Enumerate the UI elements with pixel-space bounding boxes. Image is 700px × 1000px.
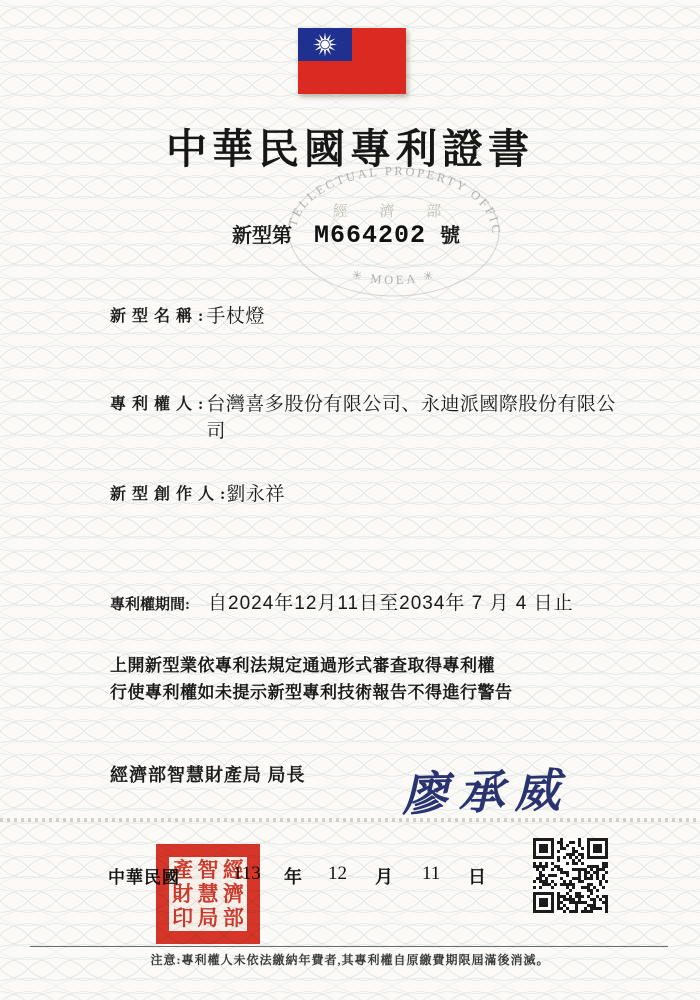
- field-model-name: 新 型 名 稱 : 手杖燈: [110, 303, 265, 330]
- certificate-number-row: 新型第 M664202 號: [232, 219, 460, 250]
- field-value: 台灣喜多股份有限公司、永迪派國際股份有限公司: [206, 391, 634, 445]
- date-day: 11: [422, 863, 440, 885]
- seal-char: 財: [170, 882, 195, 906]
- seal-char: 經: [221, 858, 246, 882]
- field-value: 手杖燈: [206, 303, 265, 330]
- seal-char: 局: [195, 906, 220, 930]
- director-general-signature: 廖承威: [401, 754, 583, 825]
- date-month: 12: [328, 863, 347, 885]
- field-label: 專利權期間:: [110, 590, 190, 614]
- watermark-inner-text: 經 濟 部: [333, 202, 456, 220]
- svg-text:✳ MOEA ✳: ✳ MOEA ✳: [350, 267, 438, 287]
- field-patentee: 專 利 權 人 : 台灣喜多股份有限公司、永迪派國際股份有限公司: [110, 391, 634, 445]
- cert-number-suffix: 號: [440, 219, 460, 248]
- agency-red-seal: 經 智 產 濟 慧 財 部 局 印: [156, 844, 260, 944]
- field-value: 自2024年12月11日至2034年 7 月 4 日止: [208, 590, 574, 617]
- seal-char: 部: [221, 906, 246, 930]
- legal-notice-line1: 上開新型業依專利法規定通過形式審查取得專利權: [110, 652, 513, 679]
- cert-number: M664202: [314, 221, 426, 250]
- taiwan-flag: [298, 28, 406, 94]
- seal-char: 慧: [195, 882, 220, 906]
- date-year-unit: 年: [284, 863, 302, 889]
- legal-notice: 上開新型業依專利法規定通過形式審查取得專利權 行使專利權如未提示新型專利技術報告…: [110, 652, 513, 706]
- seal-char: 智: [195, 858, 220, 882]
- qr-code: [533, 838, 608, 913]
- seal-char: 產: [170, 858, 195, 882]
- date-month-unit: 月: [375, 863, 393, 889]
- watermark-ring-text-bottom: ✳ MOEA ✳: [350, 267, 438, 287]
- cert-number-prefix: 新型第: [232, 219, 292, 248]
- white-sun-icon: [298, 28, 352, 61]
- certificate-title: 中華民國專利證書: [0, 116, 700, 175]
- issuing-agency: 經濟部智慧財產局 局長: [110, 761, 306, 787]
- field-label: 新 型 創 作 人 :: [110, 481, 226, 504]
- field-patent-term: 專利權期間: 自2024年12月11日至2034年 7 月 4 日止: [110, 590, 574, 617]
- seal-char: 印: [170, 906, 195, 930]
- date-day-unit: 日: [468, 863, 486, 889]
- guilloche-band: [0, 818, 700, 822]
- field-value: 劉永祥: [226, 481, 285, 508]
- field-creator: 新 型 創 作 人 : 劉永祥: [110, 481, 285, 508]
- field-label: 新 型 名 稱 :: [110, 303, 204, 326]
- seal-char: 濟: [221, 882, 246, 906]
- legal-notice-line2: 行使專利權如未提示新型專利技術報告不得進行警告: [110, 679, 513, 706]
- footnote-text: 注意:專利權人未依法繳納年費者,其專利權自原繳費期限屆滿後消滅。: [0, 951, 700, 968]
- patent-certificate: 中華民國專利證書 INTELLECTUAL PROPERTY OFFICE ✳ …: [0, 0, 700, 1000]
- footer-divider: [30, 946, 668, 947]
- field-label: 專 利 權 人 :: [110, 391, 204, 414]
